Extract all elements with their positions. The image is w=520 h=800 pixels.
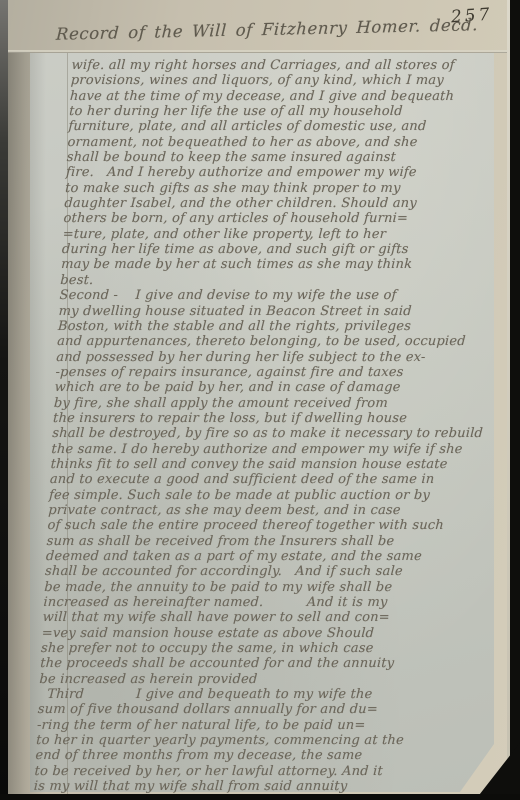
handwritten-line: to be received by her, or her lawful att… bbox=[34, 764, 459, 779]
handwritten-line: to make such gifts as she may think prop… bbox=[65, 181, 490, 196]
handwritten-line: which are to be paid by her, and in case… bbox=[54, 380, 479, 395]
handwritten-line: have at the time of my decease, and I gi… bbox=[70, 89, 495, 104]
handwritten-line: Third I give and bequeath to my wife the bbox=[38, 687, 463, 702]
handwritten-line: best. bbox=[60, 273, 485, 288]
handwritten-line: be made, the annuity to be paid to my wi… bbox=[44, 580, 469, 595]
handwritten-line: and possessed by her during her life sub… bbox=[56, 350, 481, 365]
handwritten-line: shall be destroyed, by fire so as to mak… bbox=[52, 426, 477, 441]
handwritten-line: shall be accounted for accordingly. And … bbox=[45, 564, 470, 579]
handwritten-line: =vey said mansion house estate as above … bbox=[41, 626, 466, 641]
handwritten-line: furniture, plate, and all articles of do… bbox=[68, 119, 493, 134]
handwritten-line: the proceeds shall be accounted for and … bbox=[40, 656, 465, 671]
handwritten-line: of such sale the entire proceed thereof … bbox=[47, 518, 472, 533]
handwritten-line: thinks fit to sell and convey the said m… bbox=[50, 457, 475, 472]
handwritten-line: Second - I give and devise to my wife th… bbox=[59, 288, 484, 303]
scan-edge-left bbox=[0, 0, 8, 800]
handwritten-line: the same. I do hereby authorize and empo… bbox=[51, 442, 476, 457]
handwritten-line: my dwelling house situated in Beacon Str… bbox=[58, 304, 483, 319]
handwritten-line: by fire, she shall apply the amount rece… bbox=[54, 396, 479, 411]
handwritten-line: deemed and taken as a part of my estate,… bbox=[45, 549, 470, 564]
handwritten-line: and to execute a good and sufficient dee… bbox=[49, 472, 474, 487]
handwritten-line: -ring the term of her natural life, to b… bbox=[37, 718, 462, 733]
handwritten-line: -penses of repairs insurance, against fi… bbox=[55, 365, 480, 380]
handwritten-line: end of three months from my decease, the… bbox=[35, 748, 460, 763]
scan-edge-right bbox=[510, 0, 520, 800]
handwritten-line: others be born, of any articles of house… bbox=[63, 211, 488, 226]
handwritten-line: sum of five thousand dollars annually fo… bbox=[37, 702, 462, 717]
handwritten-line: to her in quarter yearly payments, comme… bbox=[36, 733, 461, 748]
handwritten-line: will that my wife shall have power to se… bbox=[42, 610, 467, 625]
scan-edge-bottom bbox=[0, 794, 520, 800]
handwritten-line: and appurtenances, thereto belonging, to… bbox=[57, 334, 482, 349]
handwritten-line: sum as shall be received from the Insure… bbox=[46, 534, 471, 549]
handwritten-line: Boston, with the stable and all the righ… bbox=[58, 319, 483, 334]
scanned-ledger-page: 257 Record of the Will of Fitzhenry Home… bbox=[0, 0, 520, 800]
handwritten-line: the insurers to repair the loss, but if … bbox=[53, 411, 478, 426]
handwritten-line: be increased as herein provided bbox=[39, 672, 464, 687]
handwritten-line: =ture, plate, and other like property, l… bbox=[62, 227, 487, 242]
handwritten-line: she prefer not to occupy the same, in wh… bbox=[41, 641, 466, 656]
handwritten-line: provisions, wines and liquors, of any ki… bbox=[70, 73, 495, 88]
handwritten-line: shall be bound to keep the same insured … bbox=[66, 150, 491, 165]
handwritten-line: to her during her life the use of all my… bbox=[69, 104, 494, 119]
handwritten-line: increased as hereinafter named. And it i… bbox=[43, 595, 468, 610]
handwritten-line: daughter Isabel, and the other children.… bbox=[64, 196, 489, 211]
handwritten-line: is my will that my wife shall from said … bbox=[33, 779, 458, 794]
header-rule-line bbox=[0, 50, 520, 53]
page-title: Record of the Will of Fitzhenry Homer. d… bbox=[56, 15, 479, 44]
handwritten-line: private contract, as she may deem best, … bbox=[48, 503, 473, 518]
handwritten-line: during her life time as above, and such … bbox=[62, 242, 487, 257]
handwritten-line: fire. And I hereby authorize and empower… bbox=[66, 165, 491, 180]
handwritten-line: may be made by her at such times as she … bbox=[61, 257, 486, 272]
handwritten-line: wife. all my right horses and Carriages,… bbox=[71, 58, 496, 73]
handwritten-line: fee simple. Such sale to be made at publ… bbox=[49, 488, 474, 503]
handwritten-line: ornament, not bequeathed to her as above… bbox=[67, 135, 492, 150]
handwritten-body: wife. all my right horses and Carriages,… bbox=[33, 58, 496, 795]
